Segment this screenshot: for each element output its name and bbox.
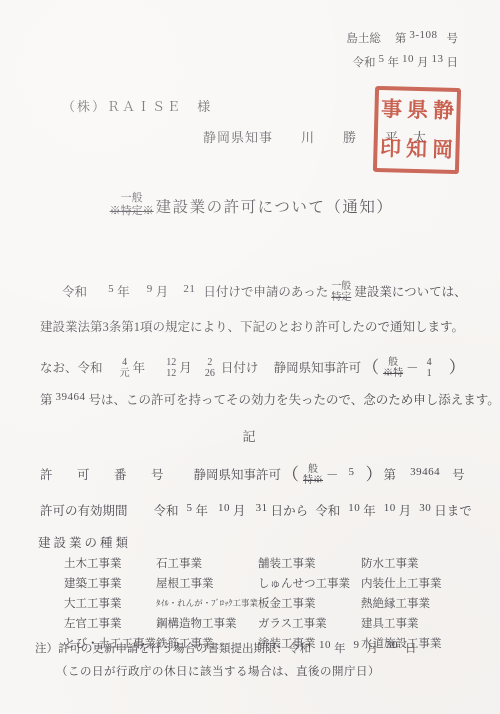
permit-dash: － (326, 468, 339, 482)
validity-era1: 令和 (154, 504, 179, 518)
permit-number-row: 許 可 番 号静岡県知事許可（般特※－5）第39464号 (40, 459, 465, 487)
permit-kyo-tokutei-struck: 特※ (303, 475, 323, 486)
permit-kyo-general: 般 (308, 464, 318, 475)
p2-after-date: 日付け (221, 361, 259, 375)
type-cell: しゅんせつ工事業 (258, 575, 361, 591)
seal-char: 事 (381, 99, 403, 121)
body-line-4: 第39464号は、この許可を持ってその効力を失ったので、念のため申し添えます。 (40, 390, 500, 408)
p2-day-bottom: 26 (205, 368, 215, 379)
note-lead: 注）許可の更新申請を行う場合の書類提出期限：令和 (35, 643, 311, 655)
p2-issuer: 静岡県知事許可 (274, 361, 362, 375)
p1-year: 5 (108, 283, 114, 295)
note-year: 10 (319, 639, 331, 651)
validity-du1: 日から (271, 504, 309, 518)
p2-old-no: 39464 (56, 391, 86, 403)
addressee-line: （株）ＲＡＩＳＥ 様 (62, 96, 212, 115)
permit-number-label: 許 可 番 号 (40, 468, 170, 482)
type-cell: 熱絶縁工事業 (361, 595, 469, 611)
seal-char: 静 (433, 100, 455, 122)
seal-char: 知 (406, 139, 428, 161)
p2-month-top: 12 (166, 357, 176, 368)
issue-day-unit: 日 (447, 57, 459, 69)
validity-y1: 5 (187, 502, 193, 514)
validity-mu1: 月 (233, 504, 246, 518)
p1-month: 9 (147, 283, 153, 295)
type-cell: 鋼構造物工事業 (156, 615, 258, 631)
note-month: 9 (354, 639, 360, 651)
p2-year-stack: 4元 (120, 357, 130, 379)
type-cell: 大工工事業 (64, 595, 156, 611)
validity-y2: 10 (348, 502, 360, 514)
issue-date-line: 令和5年10月13日 (346, 51, 458, 75)
addressee-name: （株）ＲＡＩＳＥ (62, 99, 182, 114)
validity-mu2: 月 (399, 504, 412, 518)
title-text: 建設業の許可について（通知） (156, 195, 394, 217)
permit-suffix: 号 (452, 468, 465, 482)
p1-era: 令和 (62, 285, 87, 299)
permit-paren-close: ） (366, 465, 383, 484)
doc-no: 3-108 (409, 29, 437, 41)
types-grid: 土木工事業 石工事業 舗装工事業 防水工事業 建築工事業 屋根工事業 しゅんせつ… (64, 555, 469, 651)
validity-yu2: 年 (363, 504, 376, 518)
note-line-2: （この日が行政庁の休日に該当する場合は、直後の開庁日） (56, 663, 380, 679)
permit-num: 5 (349, 466, 355, 478)
p2-day-stack: 226 (205, 357, 215, 379)
doc-number-line: 島土総第3-108号 (346, 27, 458, 51)
type-cell: ﾀｲﾙ・れんが・ﾌﾞﾛｯｸ工事業 (156, 597, 258, 609)
doc-no-prefix: 第 (395, 33, 407, 45)
type-cell: 防水工事業 (361, 555, 469, 571)
type-cell: 屋根工事業 (156, 575, 258, 591)
p2-day-top: 2 (207, 357, 212, 368)
issue-year-unit: 年 (388, 57, 400, 69)
doc-number-block: 島土総第3-108号 令和5年10月13日 (346, 27, 458, 75)
addressee-honorific: 様 (197, 99, 212, 114)
note-year-unit: 年 (334, 643, 346, 655)
body-line-3: なお、令和 4元年 1212月 226日付け 静岡県知事許可（般※特－41） (40, 352, 467, 380)
p2-year-top: 4 (122, 357, 127, 368)
document-page: 島土総第3-108号 令和5年10月13日 （株）ＲＡＩＳＥ 様 静岡県知事 川… (0, 0, 500, 714)
p1-year-unit: 年 (117, 285, 130, 299)
permit-dai: 第 (384, 468, 397, 482)
type-cell: 内装仕上工事業 (361, 575, 469, 591)
type-cell: 舗装工事業 (258, 555, 361, 571)
validity-d2: 30 (419, 502, 431, 514)
validity-m2: 10 (384, 502, 396, 514)
p2-paren-open: （ (362, 358, 379, 377)
seal-char: 県 (407, 100, 429, 122)
permit-paren-open: （ (282, 465, 299, 484)
seal-char: 印 (380, 138, 402, 160)
note-day-unit: 日 (405, 643, 417, 655)
p2-kyo-stack: 般※特 (383, 357, 403, 379)
p2-kyo-general: 般 (388, 357, 398, 368)
p1-license-type-stack: 一般特定 (331, 281, 351, 303)
seal-char: 岡 (432, 139, 454, 161)
ki-heading: 記 (0, 426, 500, 445)
issue-day: 13 (432, 53, 444, 65)
permit-issuer: 静岡県知事許可 (194, 468, 282, 482)
title-general: 一般 (121, 192, 143, 205)
p2-month-unit: 月 (179, 361, 192, 375)
type-cell: 建具工事業 (361, 615, 469, 631)
p2-kyo-tokutei-struck: ※特 (383, 368, 403, 379)
document-title: 一般 ※特定※ 建設業の許可について（通知） (0, 193, 500, 219)
types-heading: 建設業の種類 (38, 533, 131, 551)
p2-month-stack: 1212 (166, 357, 176, 379)
type-cell: 建築工事業 (64, 575, 156, 591)
validity-label: 許可の有効期間 (40, 504, 128, 518)
type-cell: ガラス工事業 (258, 615, 361, 631)
validity-d1: 31 (256, 502, 268, 514)
p1-month-unit: 月 (156, 285, 169, 299)
governor-seal: 事 県 静 印 知 岡 (373, 86, 461, 174)
p2-num-stack: 41 (427, 357, 432, 379)
p2-year-bottom: 元 (120, 368, 130, 379)
p1-day: 21 (183, 283, 195, 295)
issue-year: 5 (379, 53, 385, 65)
title-license-type-stack: 一般 ※特定※ (110, 192, 154, 218)
p1-general: 一般 (331, 281, 351, 292)
doc-no-suffix: 号 (447, 33, 459, 45)
body-line-1: 令和 5年 9月 21日付けで申請のあった一般特定建設業については、 (40, 282, 467, 304)
note-month-unit: 月 (367, 643, 379, 655)
p2-dash: － (406, 361, 419, 375)
p2-paren-close: ） (449, 358, 466, 377)
p2-dai: 第 (40, 393, 53, 407)
p1-after-date: 日付けで申請のあった (203, 285, 328, 299)
p1-tokutei-struck: 特定 (331, 292, 351, 303)
validity-m1: 10 (218, 502, 230, 514)
p2-lead: なお、令和 (40, 361, 103, 375)
p1-tail: 建設業については、 (354, 285, 466, 299)
title-tokutei-struck: ※特定※ (110, 205, 154, 218)
note-line-1: 注）許可の更新申請を行う場合の書類提出期限：令和10年9月30日 (35, 640, 417, 656)
type-cell: 左官工事業 (64, 615, 156, 631)
issue-month-unit: 月 (417, 57, 429, 69)
issue-era: 令和 (353, 57, 376, 69)
type-cell: 石工事業 (156, 555, 258, 571)
type-cell: 土木工事業 (64, 555, 156, 571)
p2-month-bottom: 12 (166, 368, 176, 379)
validity-yu1: 年 (196, 504, 209, 518)
permit-kyo-stack: 般特※ (303, 464, 323, 486)
body-line-2: 建設業法第3条第1項の規定により、下記のとおり許可したので通知します。 (40, 317, 464, 335)
office-code: 島土総 (346, 33, 381, 45)
validity-du2: 日まで (434, 504, 472, 518)
p2-num-bottom: 1 (427, 368, 432, 379)
p2-tail: 号は、この許可を持ってその効力を失ったので、念のため申し添えます。 (89, 393, 500, 407)
validity-period-row: 許可の有効期間令和5年10月31日から 令和10年10月30日まで (40, 501, 472, 519)
note-day: 30 (386, 639, 398, 651)
type-cell: 板金工事業 (258, 595, 361, 611)
p2-year-unit: 年 (133, 361, 146, 375)
issue-month: 10 (402, 53, 414, 65)
validity-era2: 令和 (315, 504, 340, 518)
p2-num-top: 4 (427, 357, 432, 368)
permit-no-value: 39464 (410, 466, 440, 478)
